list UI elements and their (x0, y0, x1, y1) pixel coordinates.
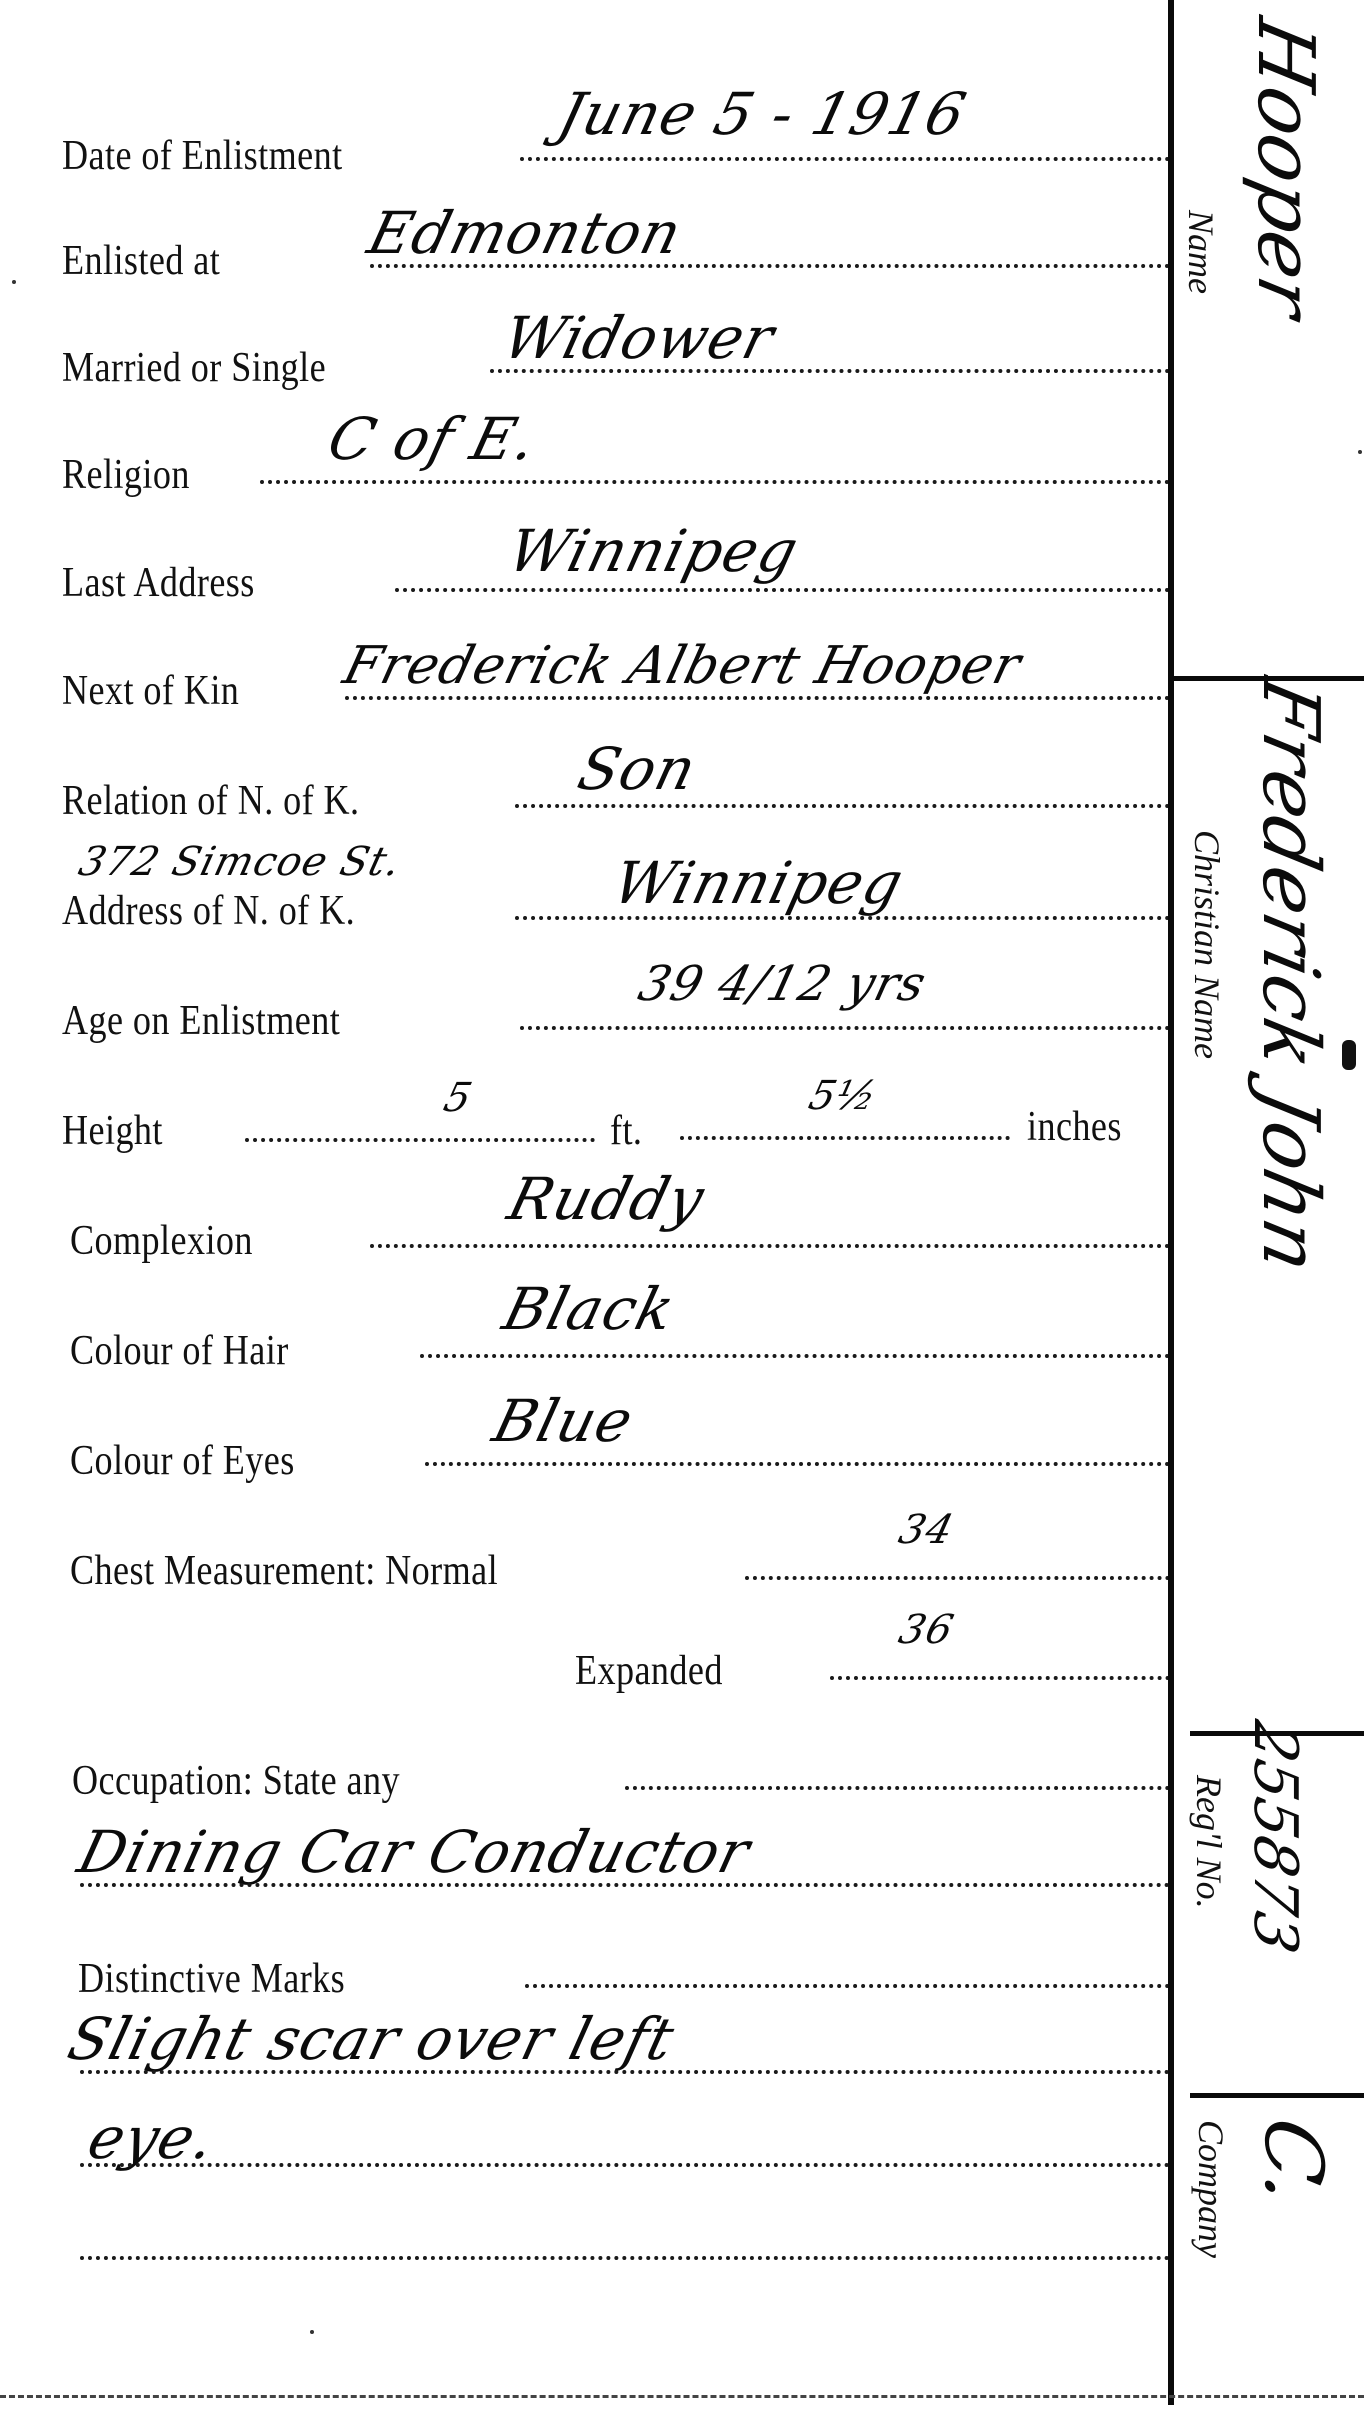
field-distinctive-marks: Distinctive Marks (0, 1918, 1170, 1998)
value-last-address: Winnipeg (503, 522, 804, 580)
value-address-of-nok: Winnipeg (608, 854, 909, 912)
label-chest-normal: Chest Measurement: Normal (70, 1550, 498, 1592)
field-chest-normal: Chest Measurement: Normal 34 (0, 1510, 1170, 1590)
field-age-on-enlistment: Age on Enlistment 39 4/12 yrs (0, 960, 1170, 1040)
dotted-line (245, 1138, 595, 1142)
field-distinctive-marks-line1: Slight scar over left (0, 2010, 1170, 2090)
dotted-line (80, 1883, 1170, 1887)
sidebar-label-name: Name (1180, 210, 1222, 294)
field-distinctive-marks-line2: eye. (0, 2105, 1170, 2185)
label-enlisted-at: Enlisted at (62, 240, 220, 282)
page-bottom-edge (0, 2395, 1364, 2398)
dotted-line (830, 1676, 1170, 1680)
sidebar-value-regtl-no: 255873 (1240, 1715, 1310, 1959)
dotted-line (260, 480, 1170, 484)
value-next-of-kin: Frederick Albert Hooper (339, 640, 1027, 692)
label-occupation: Occupation: State any (72, 1760, 400, 1802)
field-next-of-kin: Next of Kin Frederick Albert Hooper (0, 630, 1170, 710)
label-height-inches-unit: inches (1027, 1106, 1122, 1148)
sidebar-value-christian-name: Frederick John (1245, 671, 1335, 1280)
label-date-of-enlistment: Date of Enlistment (62, 135, 343, 177)
scan-speck (1342, 1040, 1356, 1070)
label-complexion: Complexion (70, 1220, 253, 1262)
label-religion: Religion (62, 454, 190, 496)
label-height: Height (62, 1110, 163, 1152)
dotted-line (80, 2070, 1170, 2074)
dotted-line (515, 804, 1170, 808)
value-date-of-enlistment: June 5 - 1916 (553, 85, 972, 143)
field-chest-expanded: Expanded 36 (0, 1610, 1170, 1690)
label-colour-of-eyes: Colour of Eyes (70, 1440, 295, 1482)
field-distinctive-marks-line3 (0, 2200, 1170, 2280)
label-married-or-single: Married or Single (62, 347, 326, 389)
label-chest-expanded: Expanded (575, 1650, 723, 1692)
sidebar-value-name: Hooper (1240, 11, 1330, 325)
sidebar-rule-3 (1190, 2093, 1364, 2098)
sidebar-value-company: C. (1247, 2110, 1340, 2214)
dotted-line (520, 1026, 1170, 1030)
dotted-line (625, 1786, 1170, 1790)
sidebar-label-company: Company (1190, 2120, 1232, 2258)
dotted-line (420, 1354, 1170, 1358)
value-address-of-nok-street: 372 Simcoe St. (75, 842, 405, 882)
dotted-line (745, 1576, 1170, 1580)
value-chest-expanded: 36 (895, 1610, 958, 1650)
label-height-feet-unit: ft. (610, 1110, 642, 1152)
field-height: Height 5 ft. 5½ inches (0, 1070, 1170, 1150)
value-married-or-single: Widower (498, 309, 780, 367)
field-relation-of-nok: Relation of N. of K. Son (0, 740, 1170, 820)
value-height-feet: 5 (440, 1078, 476, 1118)
label-address-of-nok: Address of N. of K. (62, 890, 355, 932)
value-enlisted-at: Edmonton (363, 204, 688, 262)
value-colour-of-hair: Black (498, 1280, 681, 1338)
field-address-of-nok: 372 Simcoe St. Address of N. of K. Winni… (0, 850, 1170, 930)
field-complexion: Complexion Ruddy (0, 1180, 1170, 1260)
dotted-line (680, 1136, 1010, 1140)
value-occupation: Dining Car Conductor (73, 1823, 756, 1881)
dotted-line (370, 1244, 1170, 1248)
field-colour-of-hair: Colour of Hair Black (0, 1290, 1170, 1370)
label-age-on-enlistment: Age on Enlistment (62, 1000, 340, 1042)
sidebar-label-regtl-no: Reg'l No. (1188, 1775, 1230, 1909)
field-occupation: Occupation: State any (0, 1720, 1170, 1800)
field-enlisted-at: Enlisted at Edmonton (0, 200, 1170, 280)
scan-speck (310, 2330, 314, 2334)
dotted-line (345, 696, 1170, 700)
label-last-address: Last Address (62, 562, 255, 604)
attestation-card: Date of Enlistment June 5 - 1916 Enliste… (0, 0, 1364, 2417)
label-relation-of-nok: Relation of N. of K. (62, 780, 360, 822)
field-colour-of-eyes: Colour of Eyes Blue (0, 1400, 1170, 1480)
value-complexion: Ruddy (503, 1170, 711, 1228)
field-occupation-value: Dining Car Conductor (0, 1815, 1170, 1895)
dotted-line (520, 157, 1170, 161)
dotted-line (80, 2256, 1170, 2260)
label-distinctive-marks: Distinctive Marks (78, 1958, 345, 2000)
value-religion: C of E. (323, 410, 543, 468)
field-married-or-single: Married or Single Widower (0, 307, 1170, 387)
sidebar-label-christian-name: Christian Name (1186, 830, 1228, 1059)
scan-speck (1358, 450, 1362, 454)
value-colour-of-eyes: Blue (488, 1392, 639, 1450)
dotted-line (425, 1462, 1170, 1466)
value-distinctive-marks-line2: eye. (83, 2109, 221, 2167)
field-last-address: Last Address Winnipeg (0, 522, 1170, 602)
label-colour-of-hair: Colour of Hair (70, 1330, 289, 1372)
value-age-on-enlistment: 39 4/12 yrs (634, 960, 931, 1008)
dotted-line (525, 1984, 1170, 1988)
label-next-of-kin: Next of Kin (62, 670, 239, 712)
value-distinctive-marks-line1: Slight scar over left (63, 2010, 680, 2068)
field-date-of-enlistment: Date of Enlistment June 5 - 1916 (0, 95, 1170, 175)
dotted-line (395, 588, 1170, 592)
field-religion: Religion C of E. (0, 414, 1170, 494)
scan-speck (12, 280, 16, 284)
value-relation-of-nok: Son (573, 740, 702, 798)
value-height-inches: 5½ (805, 1076, 881, 1116)
sidebar-divider (1168, 0, 1174, 2405)
value-chest-normal: 34 (895, 1510, 958, 1550)
dotted-line (80, 2163, 1170, 2167)
